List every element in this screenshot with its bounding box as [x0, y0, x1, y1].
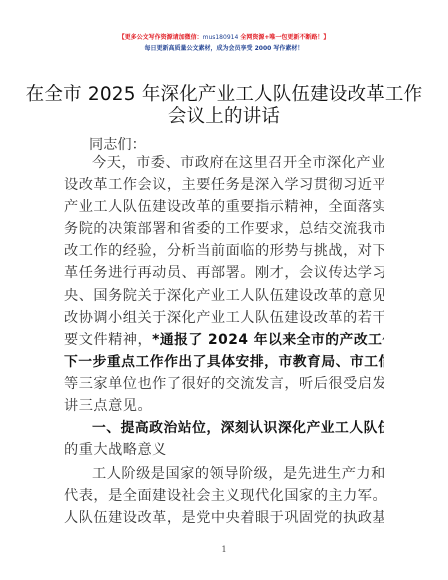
page-number: 1 — [0, 545, 448, 554]
text-line: 产业工人队伍建设改革的重要指示精神，全面落实党中央、国 — [64, 196, 384, 218]
document-title-line2: 会议上的讲话 — [0, 106, 448, 128]
text-line: 等三家单位也作了很好的交流发言，听后很受启发。下面，我 — [64, 373, 384, 395]
paragraph-1: 今天，市委、市政府在这里召开全市深化产业工人队伍建 设改革工作会议，主要任务是深… — [64, 152, 384, 417]
bold-text-segment: *通报了 2024 年以来全市的产改工作进展并对 — [152, 332, 384, 348]
text-line: 改工作的经验，分析当前面临的形势与挑战，对下一步深化改 — [64, 240, 384, 262]
text-segment: 要文件精神， — [64, 332, 152, 348]
heading-line: 一、提高政治站位，深刻认识深化产业工人队伍建设改革 — [64, 417, 384, 439]
text-line: 务院的决策部署和省委的工作要求，总结交流我市前一阶段产 — [64, 218, 384, 240]
section-heading-1: 一、提高政治站位，深刻认识深化产业工人队伍建设改革 的重大战略意义 — [64, 417, 384, 461]
heading-line: 的重大战略意义 — [64, 439, 384, 461]
text-line: 改协调小组关于深化产业工人队伍建设改革的若干举措》等重 — [64, 307, 384, 329]
text-line: 革任务进行再动员、再部署。刚才，会议传达学习了《中共中 — [64, 262, 384, 284]
promo-text-left: 【更多公文写作资源请加微信： — [119, 34, 203, 41]
promo-text-right: 全网资源+唯一包更新不断路！】 — [238, 34, 329, 41]
text-line: 讲三点意见。 — [64, 395, 384, 417]
promo-banner-line2: 每日更新高质量公文素材，成为会员享受 2000 写作素材！ — [0, 43, 448, 52]
text-line: 工人阶级是国家的领导阶级，是先进生产力和生产关系的 — [64, 463, 384, 485]
paragraph-2: 工人阶级是国家的领导阶级，是先进生产力和生产关系的 代表，是全面建设社会主义现代… — [64, 463, 384, 529]
text-line: 人队伍建设改革，是党中央着眼于巩固党的执政基础、实施制 — [64, 507, 384, 529]
document-page: 【更多公文写作资源请加微信：mus180914 全网资源+唯一包更新不断路！】 … — [0, 0, 448, 580]
text-line: 今天，市委、市政府在这里召开全市深化产业工人队伍建 — [64, 152, 384, 174]
text-line: 代表，是全面建设社会主义现代化国家的主力军。推进产业工 — [64, 485, 384, 507]
document-title-line1: 在全市 2025 年深化产业工人队伍建设改革工作 — [0, 84, 448, 106]
salutation: 同志们： — [89, 134, 146, 154]
promo-banner-line1: 【更多公文写作资源请加微信：mus180914 全网资源+唯一包更新不断路！】 — [0, 32, 448, 41]
text-line: 设改革工作会议，主要任务是深入学习贯彻习近平总书记关于 — [64, 174, 384, 196]
text-line: 央、国务院关于深化产业工人队伍建设改革的意见》与《省产 — [64, 285, 384, 307]
bold-text-line: 下一步重点工作作出了具体安排，市教育局、市工信局、*市 — [64, 351, 384, 373]
text-line-mixed: 要文件精神，*通报了 2024 年以来全市的产改工作进展并对 — [64, 329, 384, 351]
promo-wechat-id: mus180914 — [203, 34, 239, 41]
